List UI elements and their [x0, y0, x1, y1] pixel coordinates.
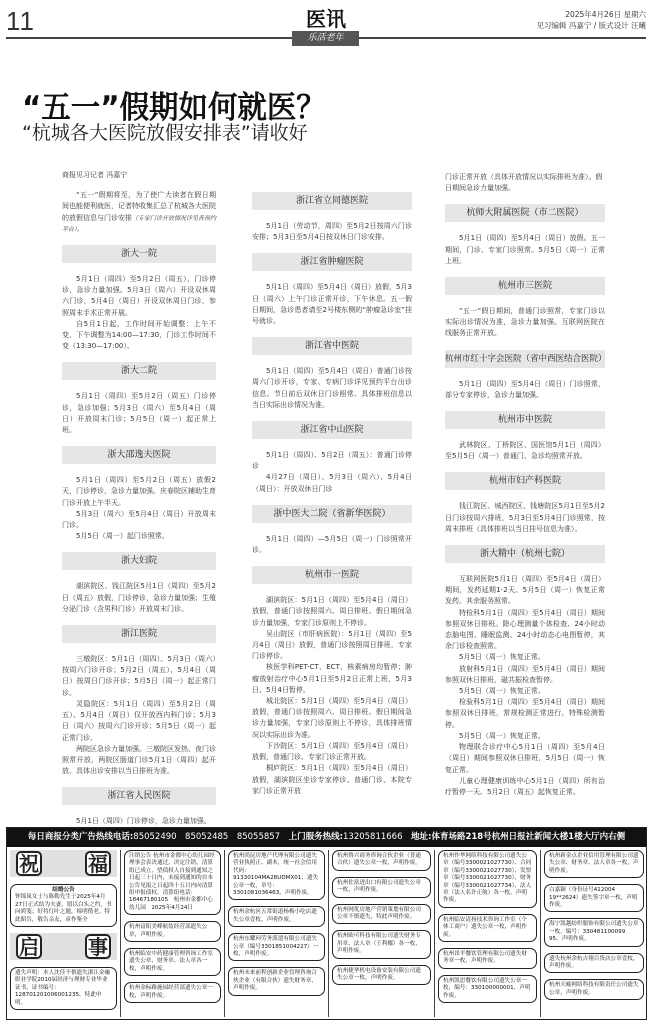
classifieds-body: 祝 福 结婚公告 钟锦岚女士与陈勒先生于2025年4月27日正式结为夫妻，愿以白…	[7, 847, 646, 1019]
ad-column-6: 杭州新金点企业信用管理有限公司遗失公章、财务章、法人章各一枚，声明作废。 白嘉颖…	[541, 850, 647, 1017]
classified-ad: 杭州昂平餐饮管理有限公司遗失财务章一枚，声明作废。	[438, 948, 537, 969]
hospital-heading: 浙大邵逸夫医院	[62, 446, 216, 464]
classified-ad: 遗失杭州余杭吉翔百货店公章壹枚，声明作废。	[544, 953, 644, 974]
classified-ad: 海宁凯越纺织服饰有限公司遗失公章一枚，编号：330481100099 95，声明…	[544, 918, 644, 946]
intro-paragraph: “五一”假期将至，为了使广大读者在假日期间也能便利就医，记者特收集汇总了杭城各大…	[62, 190, 216, 235]
hospital-heading: 浙大妇院	[62, 552, 216, 570]
hospital-heading: 杭师大附属医院（市二医院）	[445, 204, 605, 222]
ad-column-3: 杭州尚昆房地产代理有限公司遗失营业执照正、副本，统一社会信用代码：9133010…	[225, 850, 329, 1017]
hospital-paragraph: 5月3日（周六）至5月4日（周日）开放周末门诊。	[62, 509, 216, 531]
classified-ad: 杭州欧可科技有限公司遗失财务专用章、法人章（王利娜）各一枚，声明作废。	[332, 930, 431, 958]
classified-ad: 杭州佐富进出口有限公司遗失公章一枚，声明作废。	[332, 877, 431, 898]
ad-column-4: 杭州鲁兴商务咨询合伙企业（普通合伙）遗失公章一枚，声明作废。 杭州佐富进出口有限…	[329, 850, 435, 1017]
hospital-heading: 浙江省人民医院	[62, 787, 216, 805]
dateline: 2025年4月26日 星期六 见习编辑 冯嘉宁 / 版式设计 汪曦	[536, 9, 646, 31]
hospital-heading: 杭州市三医院	[445, 277, 605, 295]
hospital-heading: 浙江医院	[62, 625, 216, 643]
hospital-heading: 浙江省中山医院	[252, 421, 412, 439]
classifieds-hotline-bar: 每日商报分类广告热线电话:85052490 85052485 85055857 …	[7, 828, 646, 847]
classified-ad: 杭州捷华机电设备安装有限公司遗失公章一枚，声明作废。	[332, 965, 431, 986]
hospital-paragraph: 5月1日（周四）—5月5日（周一）门诊照常开诊。	[252, 534, 412, 556]
hospital-heading: 杭州市一医院	[252, 566, 412, 584]
article-column-3: 门诊正常开放（具体开放情况以实际排班为准）。假日期间急诊力量加强。 杭师大附属医…	[445, 172, 605, 798]
wedding-announcement: 结婚公告 钟锦岚女士与陈勒先生于2025年4月27日正式结为夫妻，愿以白头之约，…	[10, 884, 117, 927]
hospital-paragraph: 5月5日（周一）恢复正常。	[445, 686, 605, 697]
subheadline: “杭城各大医院放假安排表”请收好	[22, 118, 308, 145]
ad-column-2: 注销公告 杭州市金都中心幼儿园经理事会表决通过，决定注销，清算组已成立，望债权人…	[121, 850, 225, 1017]
hospital-heading: 浙大精中（杭州七院）	[445, 545, 605, 563]
classified-ad: 杭州网优房地产营销策划有限公司公章不慎遗失，特此声明作废。	[332, 904, 431, 925]
classified-ad: 杭州余杭区五常街道杨梅小吃店遗失公章壹枚，声明作废。	[228, 906, 325, 927]
classified-ad: 杭州作华网络科技有限公司遗失公章（编号3300021027730）、合同章（编号…	[438, 850, 537, 908]
classified-ad: 杭州临安中药健康管理咨询工作室遗失公章、财务章、法人章各一枚，声明作废。	[124, 948, 221, 976]
hospital-paragraph: 武林院区、丁桥院区、国医馆5月1日（周四）至5月5日（周一）普通门、急诊均照常开…	[445, 440, 605, 462]
hospital-paragraph: 物理联合诊疗中心5月1日（周四）至5月4日（周日）期间参照双休日排班，5月5日（…	[445, 742, 605, 776]
hospital-heading: 浙江省中医院	[252, 337, 412, 355]
classified-ad: 杭州凯思餐饮有限公司遗失公章一枚，编号：330100000001，声明作废。	[438, 975, 537, 1003]
article-column-1: 商报见习记者 冯嘉宁 “五一”假期将至，为了使广大读者在假日期间也能便利就医，记…	[62, 170, 216, 861]
hospital-paragraph: 5月1日（周四）至5月4日（周日）放假，5月3日（周六）上午门诊正常开诊，下午休…	[252, 282, 412, 327]
address: 体育场路218号杭州日报社新闻大楼1楼大厅内右侧	[431, 832, 625, 842]
classified-ad: 杭州未来前程创新企业管理咨询合伙企业（有限合伙）遗失财务章，声明作废。	[228, 967, 325, 995]
hospital-paragraph: 放射科5月1日（周四）至5月4日（周日）期间参照双休日排班，磁共振检查暂停。	[445, 664, 605, 686]
classified-ad: 注销公告 杭州市金都中心幼儿园经理事会表决通过，决定注销，清算组已成立，望债权人…	[124, 850, 221, 915]
classified-ad: 杭州鲁兴商务咨询合伙企业（普通合伙）遗失公章一枚，声明作废。	[332, 850, 431, 871]
classified-ad: 杭州天喻网络科技有限责任公司遗失公章，声明作废。	[544, 979, 644, 1000]
hospital-paragraph: 5月1日（周四）至5月4日（周日）门诊照常，部分专家停诊，急诊力量加强。	[445, 379, 605, 401]
byline: 商报见习记者 冯嘉宁	[62, 170, 216, 181]
hospital-paragraph: 下沙院区：5月1日（周四）至5月4日（周日）放假，普通门诊、专家门诊正常开放。	[252, 741, 412, 763]
hospital-paragraph: 核医学科PET-CT、ECT、核素病房均暂停；肿瘤放射治疗中心5月1日至5月2日…	[252, 662, 412, 696]
hospital-paragraph: 儿童心理健康训练中心5月1日（周四）所有治疗暂停一天。5月2日（周五）起恢复正常…	[445, 776, 605, 798]
hospital-paragraph: 5月5日（周一）恢复正常。	[445, 652, 605, 663]
hospital-paragraph: 5月1日（周四）门诊停诊，急诊力量加强。	[62, 816, 216, 827]
hospital-paragraph: 两院区急诊力量加强。三墩院区发热、夜门诊照常开放，两院区肠道门诊5月1日（周四）…	[62, 744, 216, 778]
notice-banner: 启 事	[10, 933, 117, 960]
hospital-heading: 杭州市中医院	[445, 411, 605, 429]
continued-paragraph: 门诊正常开放（具体开放情况以实际排班为准）。假日期间急诊力量加强。	[445, 172, 605, 194]
classified-ad: 遗失声明：本人沈佳不慎遗失浙江金融职业学院2010届经济与理财专业毕业证书，证书…	[10, 967, 117, 1010]
hospital-paragraph: 5月5日（周一）恢复正常。	[445, 731, 605, 742]
classified-ad: 白嘉颖（身份证号412004 19**2624）遗失签字章一枚，声明作废。	[544, 884, 644, 912]
classifieds-section: 每日商报分类广告热线电话:85052490 85052485 85055857 …	[6, 827, 647, 1020]
hospital-paragraph: 5月1日（周四）至5月4日（周日）普通门诊按周六门诊开诊，专家、专病门诊详见预约…	[252, 366, 412, 411]
hospital-paragraph: 检验科5月1日（周四）至5月4日（周日）期间参照双休日排班，常规检测正常进行，特…	[445, 697, 605, 731]
classified-ad: 杭州金标路施园经营部遗失公章一枚，声明作废。	[124, 982, 221, 1003]
hospital-heading: 杭州市妇产科医院	[445, 472, 605, 490]
hospital-heading: 浙江省立同德医院	[252, 192, 412, 210]
page-number: 11	[6, 6, 35, 37]
editor-credits: 见习编辑 冯嘉宁 / 版式设计 汪曦	[536, 20, 646, 31]
hospital-paragraph: 湖滨院区、钱江院区5月1日（周四）至5月2日（周五）放假，门诊停诊，急诊力量加强…	[62, 581, 216, 615]
hospital-paragraph: 特检科5月1日（周四）至5月4日（周日）期间参照双休日排班。除心理测量个体检查、…	[445, 608, 605, 653]
hospital-heading: 杭州市红十字会医院（省中西医结合医院）	[445, 350, 605, 368]
hospital-heading: 浙大一院	[62, 245, 216, 263]
hospital-paragraph: 桐庐院区：5月1日（周四）至5月4日（周日）放假，湖滨院区坐诊专家停诊。普通门诊…	[252, 763, 412, 797]
section-title: 医讯	[290, 3, 362, 32]
classified-ad: 杭州东耀珂劳务派遣有限公司遗失公章（编号3301851004227）一枚，声明作…	[228, 933, 325, 961]
hospital-heading: 浙大二院	[62, 362, 216, 380]
hospital-paragraph: 5月1日（周四）至5月2日（周五）门诊停诊，急诊加强；5月3日（周六）至5月4日…	[62, 391, 216, 436]
hospital-heading: 浙江省肿瘤医院	[252, 253, 412, 271]
service-phone: 13205811666	[343, 832, 403, 842]
hospital-paragraph: 湖滨院区：5月1日（周四）至5月4日（周日）放假，普通门诊按照周六、周日排班。假…	[252, 595, 412, 629]
classified-ad: 杭州新金点企业信用管理有限公司遗失公章、财务章、法人章各一枚，声明作废。	[544, 850, 644, 878]
classified-ad: 杭州临安清扬技术咨询工作室（个体工商户）遗失公章一枚，声明作废。	[438, 914, 537, 942]
hospital-paragraph: 5月1日（周四）至5月4日（周日）放假。五一期间，门诊、专家门诊照常。5月5日（…	[445, 233, 605, 267]
classified-ad: 杭州尚昆房地产代理有限公司遗失营业执照正、副本，统一社会信用代码：9133010…	[228, 850, 325, 900]
hospital-paragraph: 5月1日（周四）至5月2日（周五）放假2天，门诊停诊，急诊力量加强。庆春院区辅助…	[62, 475, 216, 509]
issue-date: 2025年4月26日 星期六	[536, 9, 646, 20]
hospital-paragraph: 吴山院区（市肝病医院）：5月1日（周四）至5月4日（周日）放假，普通门诊按照周日…	[252, 629, 412, 663]
hospital-paragraph: 5月5日（周一）起门诊照常。	[62, 531, 216, 542]
hospital-heading: 浙中医大二院（省新华医院）	[252, 505, 412, 523]
hospital-paragraph: “五一”假日期间，普通门诊照常，专家门诊以实际出诊情况为准，急诊力量加强。互联网…	[445, 306, 605, 340]
article-column-2: 浙江省立同德医院 5月1日（劳动节，周四）至5月2日按周六门诊安排；5月3日至5…	[252, 172, 412, 797]
hospital-paragraph: 互联网医院5月1日（周四）至5月4日（周日）期间，发药延期1-2天。5月5日（周…	[445, 574, 605, 608]
classified-ad: 杭州富阳美峰航装经营部遗失公章，声明作废。	[124, 921, 221, 942]
masthead: 11 医讯 乐活老年 2025年4月26日 星期六 见习编辑 冯嘉宁 / 版式设…	[0, 0, 652, 50]
hospital-paragraph: 5月1日（周四）、5月2日（周五）：普通门诊停诊	[252, 450, 412, 472]
blessing-banner: 祝 福	[10, 850, 117, 877]
hospital-paragraph: 灵隐院区：5月1日（周四）至5月2日（周五）、5月4日（周日）仅开放西内科门诊；…	[62, 699, 216, 744]
hospital-paragraph: 三墩院区：5月1日（周四）、5月3日（周六）按周六门诊开诊；5月2日（周五）、5…	[62, 654, 216, 699]
hospital-paragraph: 自5月1日起，工作时间开始调整：上午不变，下午调整为14:00—17:30，门诊…	[62, 319, 216, 353]
hospital-paragraph: 4月27日（周日）、5月3日（周六）、5月4日（周日）：开放双休日门诊	[252, 472, 412, 494]
ad-column-5: 杭州作华网络科技有限公司遗失公章（编号3300021027730）、合同章（编号…	[435, 850, 541, 1017]
hospital-paragraph: 钱江院区、城西院区、钱塘院区5月1日至5月2日门诊按周六排班，5月3日至5月4日…	[445, 501, 605, 535]
ad-column-1: 祝 福 结婚公告 钟锦岚女士与陈勒先生于2025年4月27日正式结为夫妻，愿以白…	[7, 850, 121, 1017]
hospital-paragraph: 5月1日（周四）至5月2日（周五），门诊停诊，急诊力量加强。5月3日（周六）开设…	[62, 274, 216, 319]
hospital-paragraph: 5月1日（劳动节，周四）至5月2日按周六门诊安排；5月3日至5月4日按双休日门诊…	[252, 221, 412, 243]
hospital-paragraph: 城北院区：5月1日（周四）至5月4日（周日）放假，普通门诊按照周六、周日排班。假…	[252, 696, 412, 741]
section-tag: 乐活老年	[292, 31, 359, 46]
hotline-phones: 85052490 85052485 85055857	[133, 832, 280, 842]
